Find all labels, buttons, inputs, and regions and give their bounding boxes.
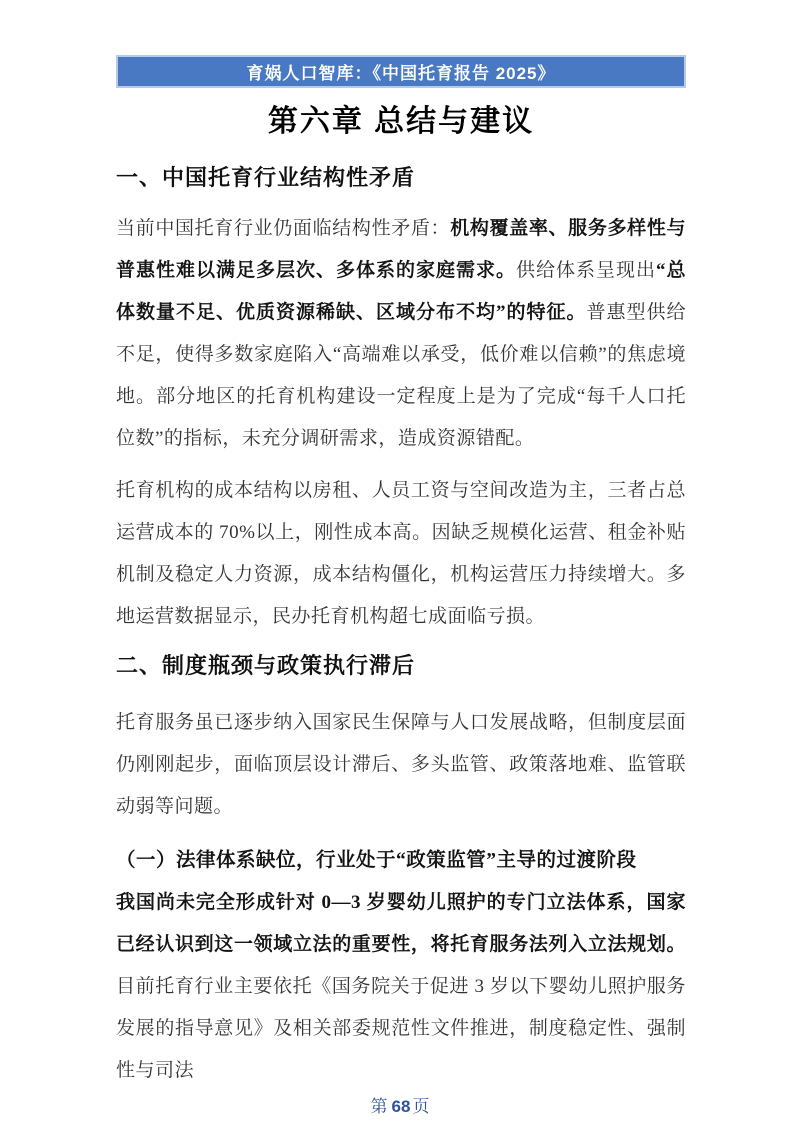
- paragraph-2: 托育机构的成本结构以房租、人员工资与空间改造为主，三者占总运营成本的 70%以上…: [116, 470, 686, 638]
- paragraph-3: 托育服务虽已逐步纳入国家民生保障与人口发展战略，但制度层面仍刚刚起步，面临顶层设…: [116, 702, 686, 828]
- document-page: 育娲人口智库：《中国托育报告 2025》 第六章 总结与建议 一、中国托育行业结…: [0, 0, 800, 1131]
- report-header-banner: 育娲人口智库：《中国托育报告 2025》: [116, 55, 686, 88]
- page-number-prefix: 第: [371, 1097, 390, 1116]
- subsection-1-heading: （一）法律体系缺位，行业处于“政策监管”主导的过渡阶段: [116, 840, 686, 882]
- page-number: 68: [390, 1097, 413, 1116]
- page-number-suffix: 页: [412, 1097, 431, 1116]
- paragraph-1: 当前中国托育行业仍面临结构性矛盾：机构覆盖率、服务多样性与普惠性难以满足多层次、…: [116, 208, 686, 460]
- chapter-title: 第六章 总结与建议: [116, 104, 686, 140]
- banner-text: 育娲人口智库：《中国托育报告 2025》: [246, 59, 555, 84]
- section-2-heading: 二、制度瓶颈与政策执行滞后: [116, 652, 686, 680]
- page-footer: 第68页: [116, 1096, 686, 1118]
- page-content: 育娲人口智库：《中国托育报告 2025》 第六章 总结与建议 一、中国托育行业结…: [0, 0, 800, 1118]
- section-1-heading: 一、中国托育行业结构性矛盾: [116, 164, 686, 192]
- paragraph-4: 我国尚未完全形成针对 0—3 岁婴幼儿照护的专门立法体系，国家已经认识到这一领域…: [116, 882, 686, 1092]
